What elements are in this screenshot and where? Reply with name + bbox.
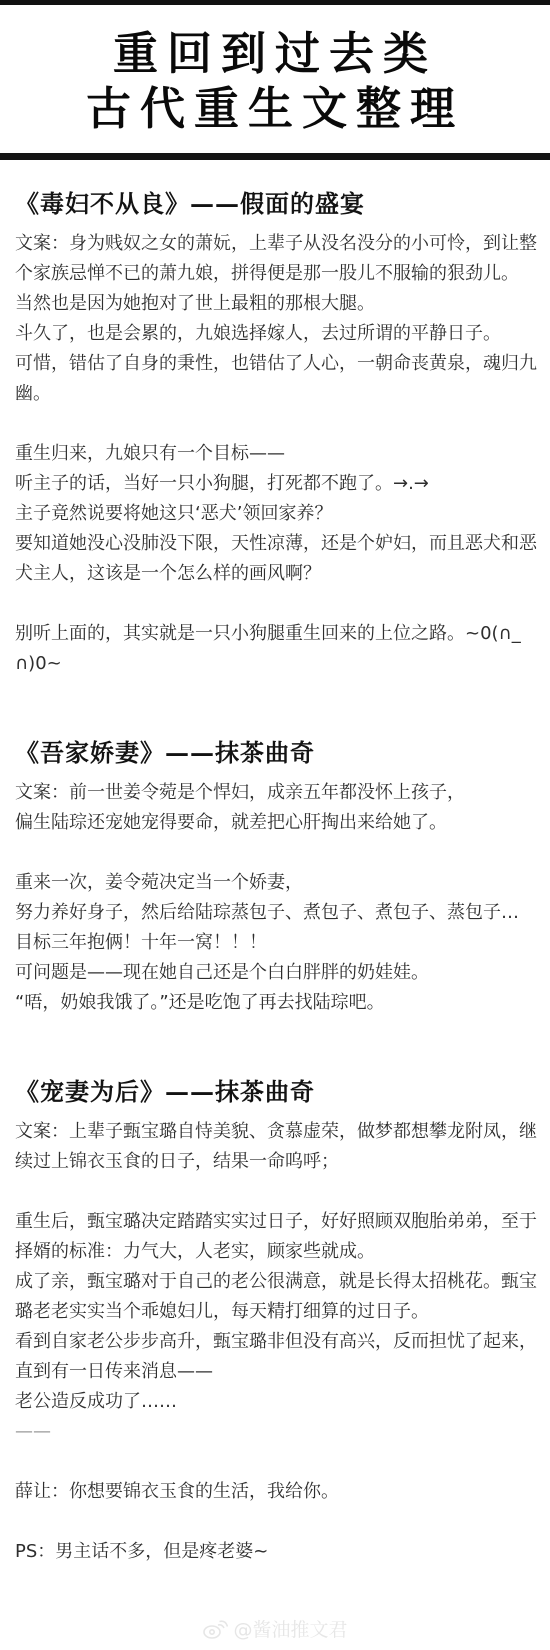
synopsis-line: 文案：身为贱奴之女的萧妧，上辈子从没名没分的小可怜，到让整 [15, 229, 535, 259]
synopsis-block: 文案：身为贱奴之女的萧妧，上辈子从没名没分的小可怜，到让整 个家族忌惮不已的萧九… [15, 229, 535, 409]
synopsis-line: PS：男主话不多，但是疼老婆~ [15, 1537, 535, 1567]
synopsis-line: 文案：前一世姜令菀是个悍妇，成亲五年都没怀上孩子， [15, 778, 535, 808]
synopsis-line: 续过上锦衣玉食的日子，结果一命呜呼； [15, 1147, 535, 1177]
synopsis-line: 薛让：你想要锦衣玉食的生活，我给你。 [15, 1477, 535, 1507]
book-title-heading: 《吾家娇妻》——抹茶曲奇 [15, 733, 535, 768]
synopsis-block: 重生归来，九娘只有一个目标—— 听主子的话，当好一只小狗腿，打死都不跑了。→.→… [15, 439, 535, 589]
synopsis-line: 当然也是因为她抱对了世上最粗的那根大腿。 [15, 289, 535, 319]
watermark-handle: @酱油推文君 [233, 1615, 347, 1642]
book-section-2: 《吾家娇妻》——抹茶曲奇 文案：前一世姜令菀是个悍妇，成亲五年都没怀上孩子， 偏… [15, 733, 535, 1018]
synopsis-line: 要知道她没心没肺没下限，天性凉薄，还是个妒妇，而且恶犬和恶 [15, 529, 535, 559]
book-title-heading: 《毒妇不从良》——假面的盛宴 [15, 184, 535, 219]
synopsis-line: 听主子的话，当好一只小狗腿，打死都不跑了。→.→ [15, 469, 535, 499]
synopsis-line: 偏生陆琮还宠她宠得要命，就差把心肝掏出来给她了。 [15, 808, 535, 838]
synopsis-block: 重生后，甄宝璐决定踏踏实实过日子，好好照顾双胞胎弟弟，至于 择婿的标准：力气大，… [15, 1207, 535, 1447]
page-title-line1: 重回到过去类 [0, 27, 550, 82]
synopsis-line: 个家族忌惮不已的萧九娘，拼得便是那一股儿不服输的狠劲儿。 [15, 259, 535, 289]
synopsis-block: 重来一次，姜令菀决定当一个娇妻， 努力养好身子，然后给陆琮蒸包子、煮包子、煮包子… [15, 868, 535, 1018]
book-list-content: 《毒妇不从良》——假面的盛宴 文案：身为贱奴之女的萧妧，上辈子从没名没分的小可怜… [0, 160, 550, 1597]
book-section-1: 《毒妇不从良》——假面的盛宴 文案：身为贱奴之女的萧妧，上辈子从没名没分的小可怜… [15, 184, 535, 679]
long-image-post: 重回到过去类 古代重生文整理 《毒妇不从良》——假面的盛宴 文案：身为贱奴之女的… [0, 0, 550, 1650]
book-title-heading: 《宠妻为后》——抹茶曲奇 [15, 1072, 535, 1107]
synopsis-line: 努力养好身子，然后给陆琮蒸包子、煮包子、煮包子、蒸包子… [15, 898, 535, 928]
synopsis-line: 择婿的标准：力气大，人老实，顾家些就成。 [15, 1237, 535, 1267]
synopsis-line: 成了亲，甄宝璐对于自己的老公很满意，就是长得太招桃花。甄宝 [15, 1267, 535, 1297]
title-divider-rule [0, 153, 550, 160]
synopsis-line: 文案：上辈子甄宝璐自恃美貌、贪慕虚荣，做梦都想攀龙附凤，继 [15, 1117, 535, 1147]
synopsis-line: 斗久了，也是会累的，九娘选择嫁人，去过所谓的平静日子。 [15, 319, 535, 349]
synopsis-line: 重生后，甄宝璐决定踏踏实实过日子，好好照顾双胞胎弟弟，至于 [15, 1207, 535, 1237]
book-section-3: 《宠妻为后》——抹茶曲奇 文案：上辈子甄宝璐自恃美貌、贪慕虚荣，做梦都想攀龙附凤… [15, 1072, 535, 1567]
page-title: 重回到过去类 古代重生文整理 [0, 27, 550, 137]
synopsis-block: PS：男主话不多，但是疼老婆~ [15, 1537, 535, 1567]
synopsis-line: 看到自家老公步步高升，甄宝璐非但没有高兴，反而担忧了起来， [15, 1327, 535, 1357]
synopsis-line: 目标三年抱俩！十年一窝！！！ [15, 928, 535, 958]
synopsis-line: ∩)0~ [15, 649, 535, 679]
watermark: @酱油推文君 [0, 1615, 550, 1650]
synopsis-line: 重生归来，九娘只有一个目标—— [15, 439, 535, 469]
weibo-logo-icon [202, 1618, 228, 1640]
synopsis-line: 可问题是——现在她自己还是个白白胖胖的奶娃娃。 [15, 958, 535, 988]
page-title-line2: 古代重生文整理 [0, 82, 550, 137]
dash-separator: —— [15, 1417, 535, 1447]
synopsis-line: 犬主人，这该是一个怎么样的画风啊？ [15, 559, 535, 589]
synopsis-line: 重来一次，姜令菀决定当一个娇妻， [15, 868, 535, 898]
top-border-bar [0, 0, 550, 5]
synopsis-line: 璐老老实实当个乖媳妇儿，每天精打细算的过日子。 [15, 1297, 535, 1327]
synopsis-line: 主子竟然说要将她这只‘恶犬’领回家养？ [15, 499, 535, 529]
synopsis-block: 文案：上辈子甄宝璐自恃美貌、贪慕虚荣，做梦都想攀龙附凤，继 续过上锦衣玉食的日子… [15, 1117, 535, 1177]
synopsis-line: 直到有一日传来消息—— [15, 1357, 535, 1387]
synopsis-block: 别听上面的，其实就是一只小狗腿重生回来的上位之路。~0(∩_ ∩)0~ [15, 619, 535, 679]
synopsis-line: 别听上面的，其实就是一只小狗腿重生回来的上位之路。~0(∩_ [15, 619, 535, 649]
synopsis-block: 薛让：你想要锦衣玉食的生活，我给你。 [15, 1477, 535, 1507]
synopsis-line: 幽。 [15, 379, 535, 409]
synopsis-line: 可惜，错估了自身的秉性，也错估了人心，一朝命丧黄泉，魂归九 [15, 349, 535, 379]
synopsis-line: 老公造反成功了…… [15, 1387, 535, 1417]
synopsis-line: “唔，奶娘我饿了。”还是吃饱了再去找陆琮吧。 [15, 988, 535, 1018]
synopsis-block: 文案：前一世姜令菀是个悍妇，成亲五年都没怀上孩子， 偏生陆琮还宠她宠得要命，就差… [15, 778, 535, 838]
